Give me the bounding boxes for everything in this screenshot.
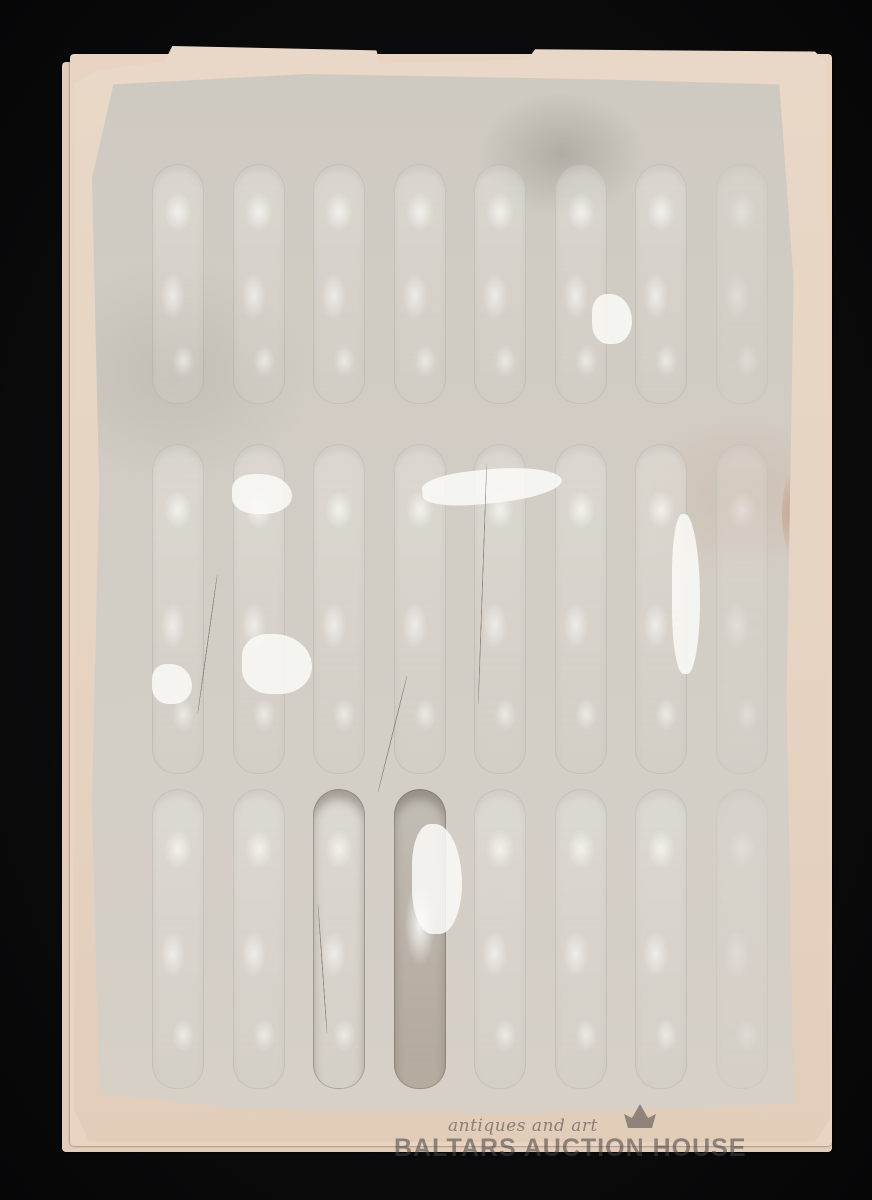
rust-stain — [782, 454, 832, 574]
rubbing-layer — [92, 74, 808, 1114]
cartouche-impression — [555, 444, 607, 774]
cartouche-impression — [313, 444, 365, 774]
cartouche-impression — [716, 789, 768, 1089]
cartouche-impression — [474, 164, 526, 404]
impression-row-top — [92, 164, 808, 404]
flake-patch — [232, 474, 292, 514]
cartouche-impression — [394, 164, 446, 404]
cartouche-impression — [152, 444, 204, 774]
cartouche-impression — [635, 164, 687, 404]
cartouche-impression — [555, 789, 607, 1089]
cartouche-impression — [716, 444, 768, 774]
cartouche-impression — [152, 164, 204, 404]
cartouche-impression — [313, 164, 365, 404]
cartouche-impression — [152, 789, 204, 1089]
cartouche-impression — [233, 789, 285, 1089]
cartouche-impression — [474, 789, 526, 1089]
cartouche-impression — [233, 164, 285, 404]
paper-sheet — [74, 46, 830, 1142]
flake-patch — [592, 294, 632, 344]
rust-stain — [792, 874, 832, 944]
photo-scene: antiques and art BALTARS AUCTION HOUSE — [0, 0, 872, 1200]
cartouche-impression — [716, 164, 768, 404]
cartouche-impression — [635, 789, 687, 1089]
flake-patch — [152, 664, 192, 704]
cartouche-impression — [555, 164, 607, 404]
